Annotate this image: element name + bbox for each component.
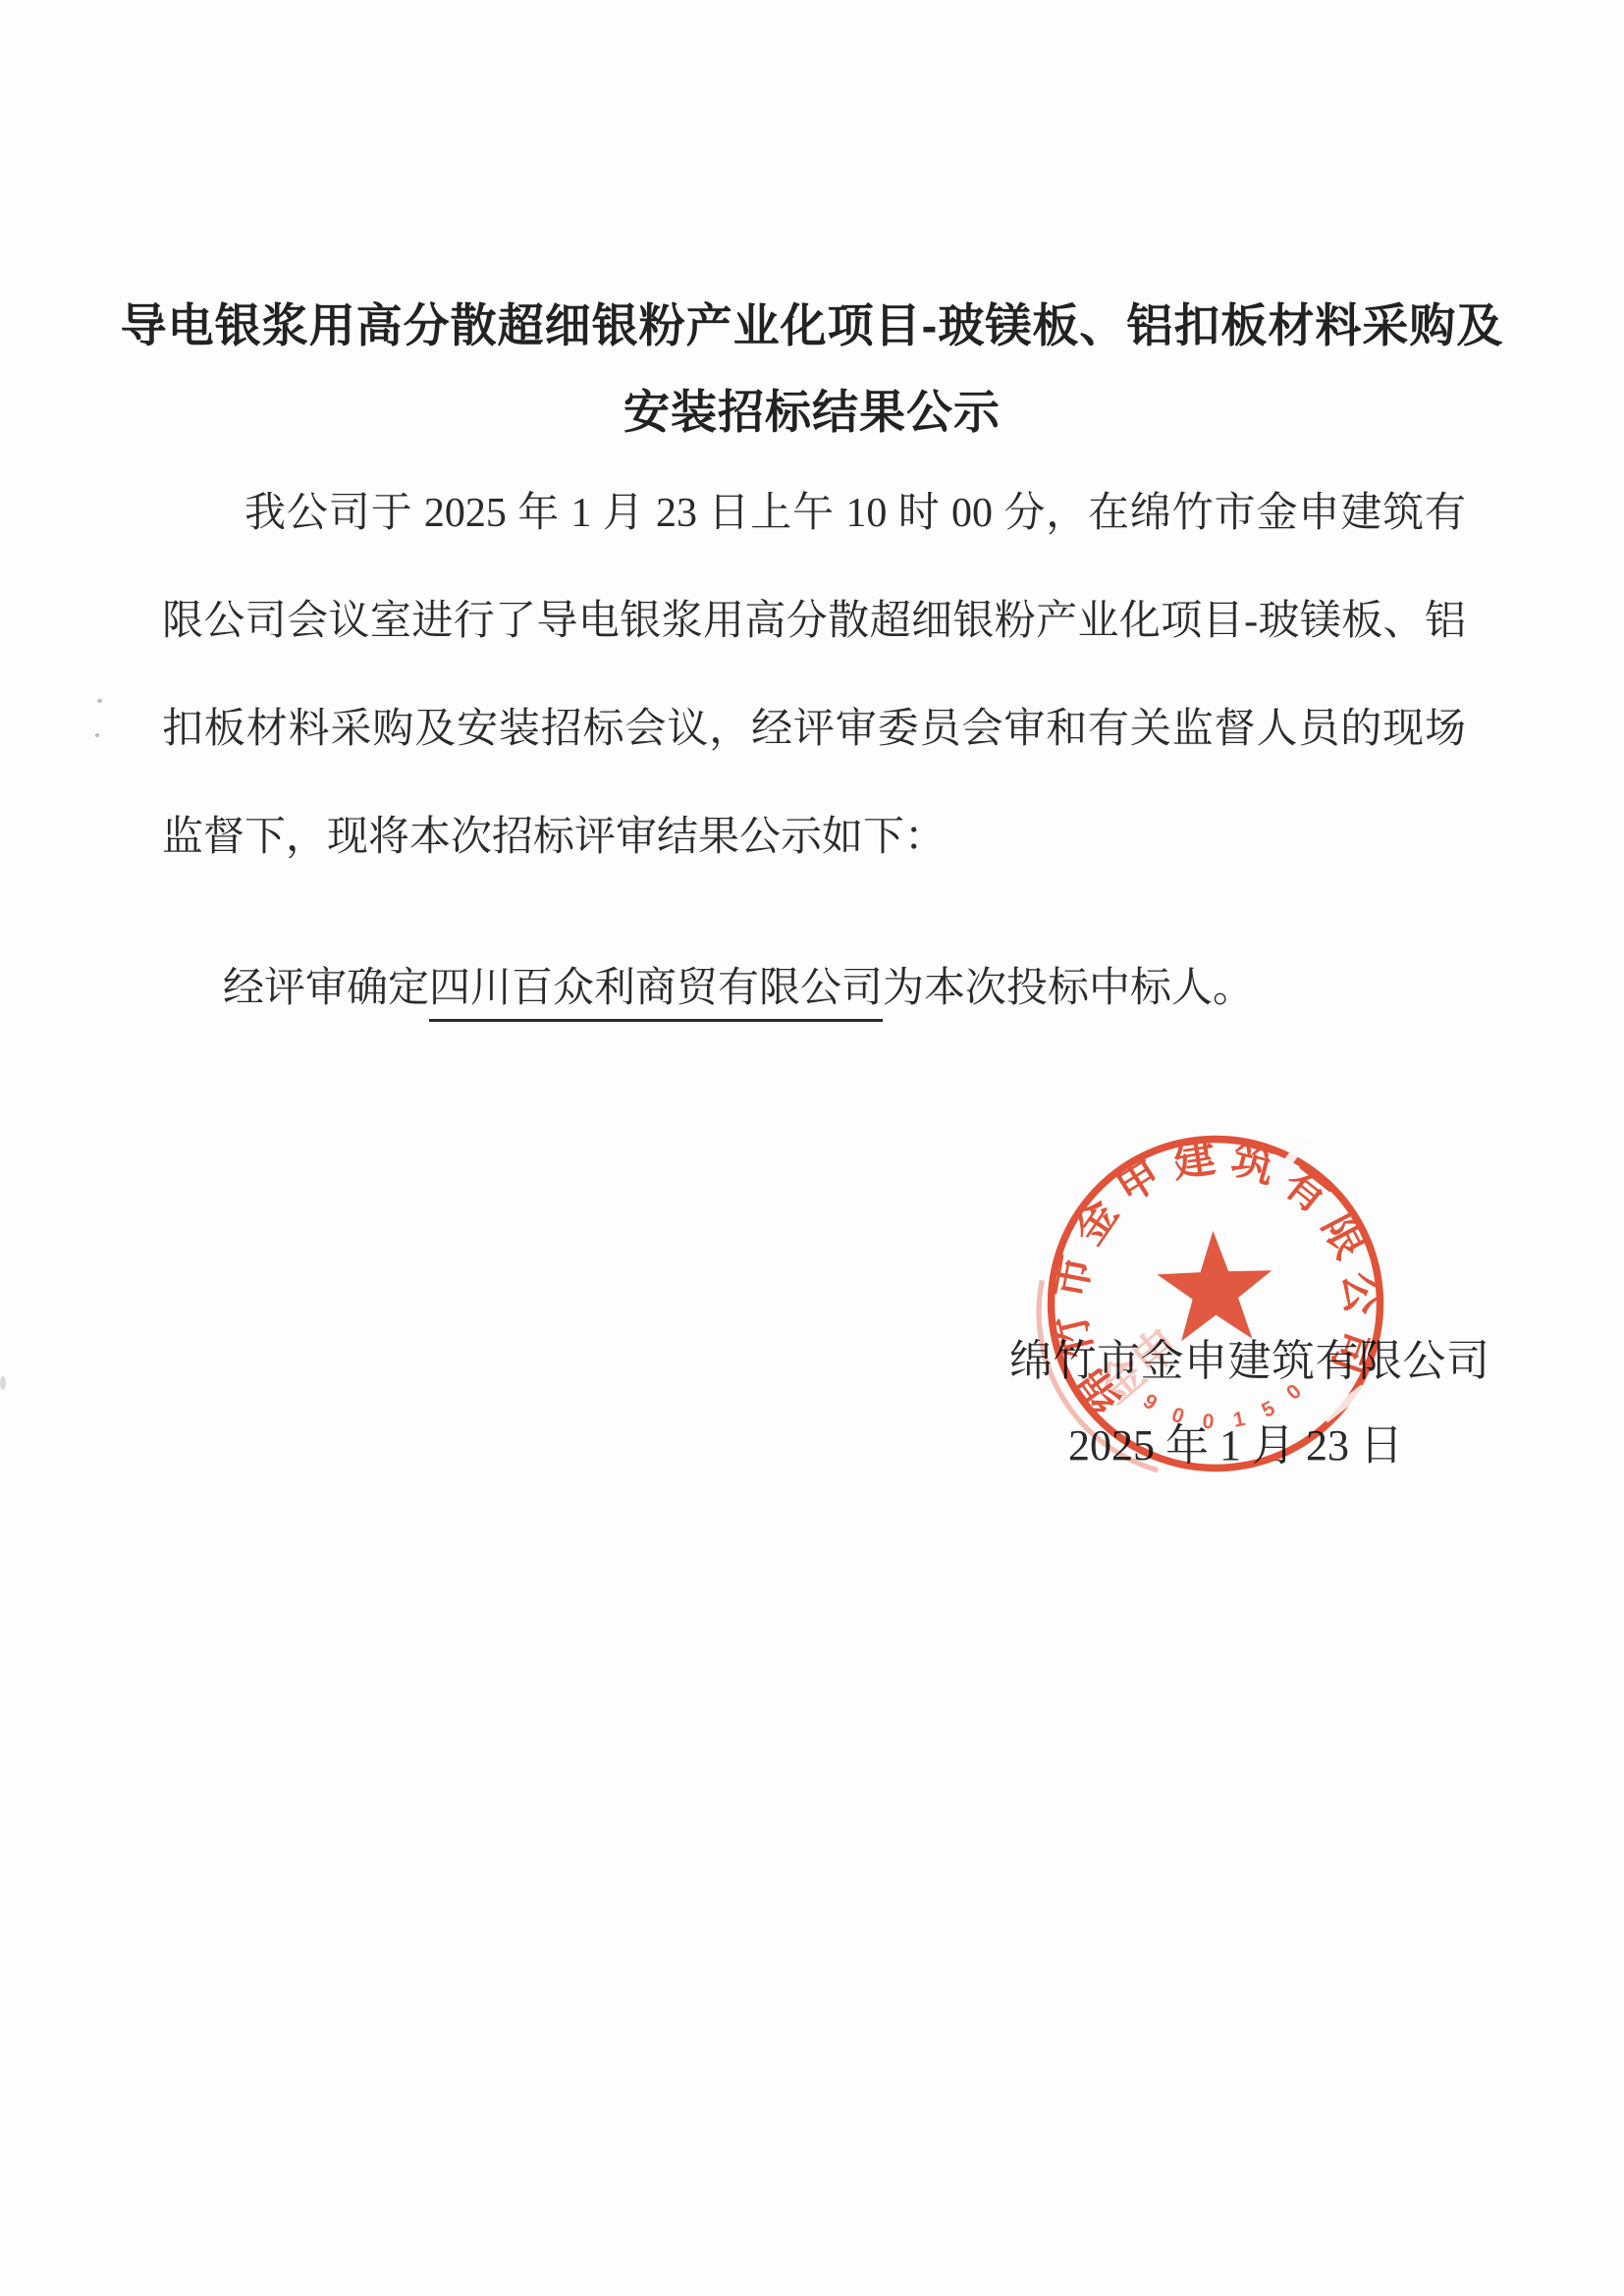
company-seal-stamp: 金申 绵竹市金申建筑有限公司 900150 <box>1001 1089 1432 1520</box>
scan-artifact <box>0 1376 6 1390</box>
star-icon <box>1156 1229 1274 1342</box>
winning-bidder-name: 四川百众利商贸有限公司 <box>429 966 883 1022</box>
paragraph-line: 我公司于 2025 年 1 月 23 日上午 10 时 00 分，在绵竹市金申建… <box>162 459 1466 567</box>
body-paragraph-2: 经评审确定四川百众利商贸有限公司为本次投标中标人。 <box>162 934 1466 1042</box>
seal-serial-number: 900150 <box>1138 1379 1307 1436</box>
seal-crease-mark <box>1322 1384 1367 1422</box>
result-suffix: 为本次投标中标人。 <box>883 966 1254 1011</box>
scan-artifact <box>95 733 99 737</box>
title-line-1: 导电银浆用高分散超细银粉产业化项目-玻镁板、铝扣板材料采购及 <box>0 283 1624 369</box>
seal-serial-holder: 900150 <box>1138 1379 1307 1436</box>
title-line-2: 安装招标结果公示 <box>0 369 1624 455</box>
document-page: 导电银浆用高分散超细银粉产业化项目-玻镁板、铝扣板材料采购及 安装招标结果公示 … <box>0 0 1624 2296</box>
scan-artifact <box>97 699 102 703</box>
document-title: 导电银浆用高分散超细银粉产业化项目-玻镁板、铝扣板材料采购及 安装招标结果公示 <box>0 283 1624 455</box>
seal-graphic: 金申 绵竹市金申建筑有限公司 900150 <box>1001 1089 1432 1520</box>
body-paragraph-1: 我公司于 2025 年 1 月 23 日上午 10 时 00 分，在绵竹市金申建… <box>162 459 1466 891</box>
paragraph-line: 监督下，现将本次招标评审结果公示如下： <box>162 783 1466 891</box>
paragraph-line: 限公司会议室进行了导电银浆用高分散超细银粉产业化项目-玻镁板、铝 <box>162 567 1466 675</box>
paragraph-line: 扣板材料采购及安装招标会议，经评审委员会审和有关监督人员的现场 <box>162 675 1466 783</box>
result-prefix: 经评审确定 <box>223 966 429 1011</box>
